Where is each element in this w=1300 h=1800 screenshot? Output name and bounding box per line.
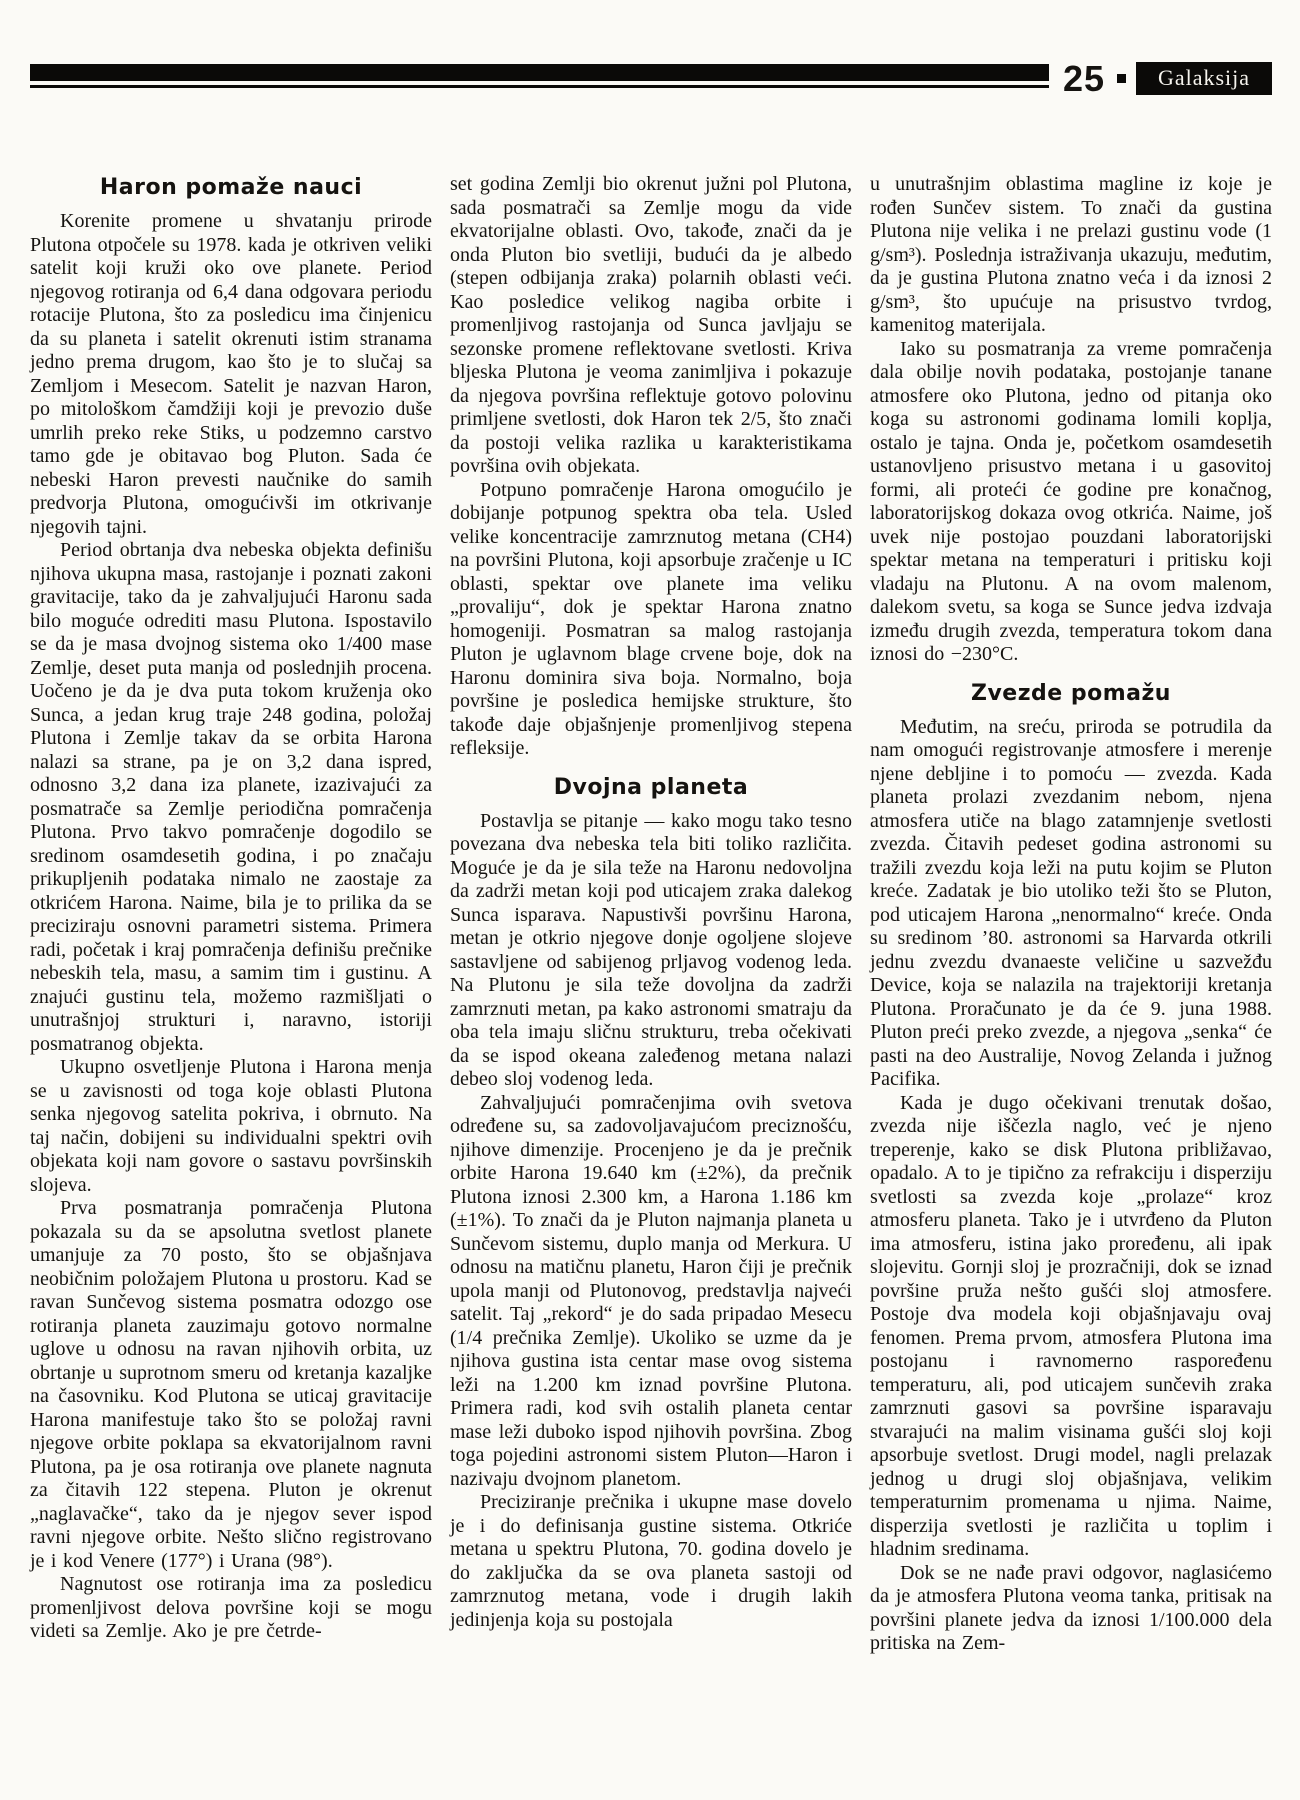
magazine-page: 25 Galaksija Haron pomaže nauci Korenite… (0, 0, 1300, 1800)
header-thin-rule (30, 85, 1049, 88)
header-thick-rule (30, 64, 1049, 81)
column-2: set godina Zemlji bio okrenut južni pol … (450, 173, 852, 1656)
section-heading-zvezde-pomazu: Zvezde pomažu (870, 681, 1272, 706)
square-bullet-icon (1117, 74, 1126, 83)
paragraph: Prva posmatranja pomračenja Plutona poka… (30, 1197, 432, 1573)
paragraph-continuation: set godina Zemlji bio okrenut južni pol … (450, 173, 852, 479)
paragraph: Zahvaljujući pomračenjima ovih svetova o… (450, 1092, 852, 1492)
section-heading-dvojna-planeta: Dvojna planeta (450, 775, 852, 800)
paragraph: Dok se ne nađe pravi odgovor, naglasićem… (870, 1562, 1272, 1656)
paragraph: Preciziranje prečnika i ukupne mase dove… (450, 1491, 852, 1632)
paragraph: Iako su posmatranja za vreme pomračenja … (870, 338, 1272, 667)
paragraph: Međutim, na sreću, priroda se potrudila … (870, 716, 1272, 1092)
paragraph-continuation: u unutrašnjim oblastima magline iz koje … (870, 173, 1272, 338)
paragraph: Nagnutost ose rotiranja ima za posledicu… (30, 1573, 432, 1644)
article-columns: Haron pomaže nauci Korenite promene u sh… (30, 173, 1272, 1656)
paragraph: Korenite promene u shvatanju prirode Plu… (30, 210, 432, 539)
paragraph: Postavlja se pitanje — kako mogu tako te… (450, 810, 852, 1092)
magazine-title-badge: Galaksija (1136, 62, 1272, 95)
folio: 25 Galaksija (1063, 62, 1272, 95)
header-rules (30, 62, 1049, 88)
section-heading-haron-pomaze-nauci: Haron pomaže nauci (30, 175, 432, 200)
paragraph: Kada je dugo očekivani trenutak došao, z… (870, 1092, 1272, 1562)
paragraph: Potpuno pomračenje Harona omogućilo je d… (450, 479, 852, 761)
column-3: u unutrašnjim oblastima magline iz koje … (870, 173, 1272, 1656)
page-number: 25 (1063, 64, 1105, 94)
paragraph: Period obrtanja dva nebeska objekta defi… (30, 539, 432, 1056)
page-header: 25 Galaksija (30, 62, 1272, 95)
column-1: Haron pomaže nauci Korenite promene u sh… (30, 173, 432, 1656)
paragraph: Ukupno osvetljenje Plutona i Harona menj… (30, 1056, 432, 1197)
